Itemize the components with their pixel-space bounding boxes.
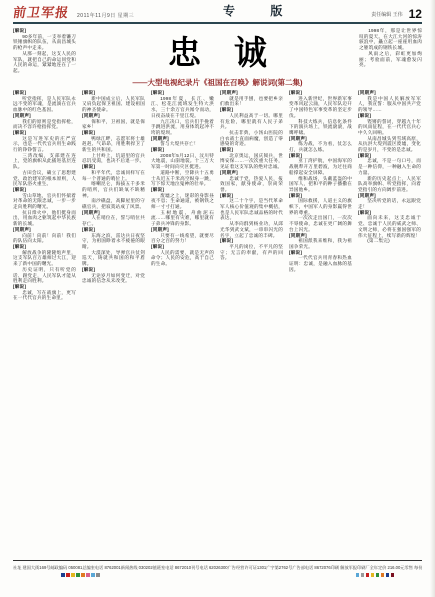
color-dot	[381, 573, 385, 577]
top-row: [解说]90多年前，一支举着镰刀铁锤旗帜的队伍，从南昌城头的枪声中走来。从那一刻…	[13, 28, 422, 90]
color-dot	[61, 573, 65, 577]
article-subtitle: ——大型电视纪录片《祖国在召唤》解说词(第二集)	[82, 77, 353, 88]
scan-edge-shading	[430, 0, 435, 597]
color-dot	[91, 573, 95, 577]
header-right: 责任编辑 王伟 12	[371, 8, 422, 20]
script-paragraph: 维和战场，头戴蓝盔的中国军人，把和平的种子播撒在异国他乡。	[289, 176, 352, 193]
script-paragraph: 1998年夏，长江、嫩江、松花江流域发生特大洪水，三十余万官兵闻令而动，日夜奋战…	[151, 96, 214, 119]
publisher-info-segment: 邮政编码 050081	[50, 565, 82, 571]
publisher-info-segment: 广告经营许可证1301广字第2762号	[228, 565, 293, 571]
columns-row: [解说]听党指挥，是人民军队永远不变的军魂，是流淌在官兵血脉中的红色基因。[同期…	[13, 90, 422, 555]
script-paragraph: 忠诚，写在战旗上，更写在一代代官兵的生命里。	[13, 290, 76, 301]
column-1: [解说]听党指挥，是人民军队永远不变的军魂，是流淌在官兵血脉中的红色基因。[同期…	[13, 90, 76, 555]
color-dot	[86, 573, 90, 577]
script-paragraph: 解放战争的隆隆炮声里，这支军队百万雄师过大江，迎来了新中国的曙光。	[13, 250, 76, 267]
script-paragraph: 九江决口，官兵们手挽着手跳进洪流，用身体筑起冲不垮的堤坝。	[151, 119, 214, 136]
script-paragraph: 亚丁湾护航，中国海军的战舰犁开万里碧波，为过往商船撑起安全屏障。	[289, 158, 352, 175]
script-paragraph: 古田会议，确立了思想建党、政治建军的根本原则，人民军队浴火重生。	[13, 170, 76, 187]
script-paragraph: 从南昌城头到雪域高原，从抗洪大堤到震区废墟，变化的是岁月，不变的是忠诚。	[358, 136, 421, 153]
script-paragraph: 忠诚于党，热爱人民，报效国家，献身使命，崇尚荣誉。	[220, 176, 283, 193]
section-title: 专 版	[207, 2, 298, 20]
color-dot	[376, 573, 380, 577]
color-registration-marks	[13, 573, 422, 577]
script-paragraph: 新的历史起点上，人民军队高举旗帜、听党指挥，向着党指引的方向阔步前进。	[358, 176, 421, 193]
script-paragraph: 就是用手刨，也要把乡亲们救出来！	[220, 96, 283, 107]
publisher-info-segment: 总编室电话 8762001	[82, 565, 120, 571]
color-dot	[96, 573, 100, 577]
header-left: 前卫军报 2011年11月9日 星期三	[13, 7, 134, 20]
script-paragraph: 2008年5月12日，汶川特大地震，山崩地裂。十三万大军第一时间向灾区挺进。	[151, 153, 214, 170]
color-dot	[371, 573, 375, 577]
script-paragraph: 进入新世纪，世界新军事变革风起云涌，人民军队迈开了中国特色军事变革的坚定步伐。	[289, 96, 352, 119]
publisher-info-segment: 新闻热线 030202	[121, 565, 153, 571]
page-header: 前卫军报 2011年11月9日 星期三 专 版 责任编辑 王伟 12	[13, 4, 422, 24]
script-paragraph: 祖国派我来维和，我为祖国争荣光。	[289, 238, 352, 249]
script-paragraph: 一代代官兵用青春和热血证明：忠诚，是融入血脉的基因。	[289, 255, 352, 272]
editor-credit: 责任编辑 王伟	[371, 11, 402, 20]
title-block: 忠 诚 ——大型电视纪录片《祖国在召唤》解说词(第二集)	[82, 28, 353, 90]
script-paragraph: 历史证明，只有听党的话、跟党走，人民军队才能从胜利走向胜利。	[13, 267, 76, 284]
script-paragraph: (第二集完)	[358, 238, 421, 244]
publisher-info: 社址 建国大街169号邮政编码 050081总编室电话 8762001新闻热线 …	[13, 565, 422, 571]
color-dot	[391, 573, 395, 577]
publisher-info-segment: 广告部电话 8672076	[292, 565, 330, 571]
script-paragraph: 1998年，那是让世界惊叹的夏天。在大江大河的惊涛骇浪中，矗立起一座座用血肉之躯…	[359, 28, 422, 51]
newspaper-page: 前卫军报 2011年11月9日 星期三 专 版 责任编辑 王伟 12 [解说]9…	[0, 0, 435, 597]
script-paragraph: 人民的需要，就是无声的命令；人民的安危，高于自己的生命。	[151, 250, 214, 267]
column-6-top: 1998年，那是让世界惊叹的夏天。在大江大河的惊涛骇浪中，矗立起一座座用血肉之躯…	[359, 28, 422, 90]
color-dot	[361, 573, 365, 577]
script-paragraph: 新中国成立后，人民军队又肩负起保卫祖国、建设祖国的神圣使命。	[82, 96, 145, 113]
color-dot	[76, 573, 80, 577]
color-dot	[366, 573, 370, 577]
script-paragraph: 大漠深处，导弹官兵仗剑巡天，铸就共和国的和平盾牌。	[82, 250, 145, 267]
publisher-info-segment: 印刷 解放军报印刷厂	[331, 565, 370, 571]
color-dot	[71, 573, 75, 577]
script-paragraph: 我们的原则是党指挥枪，而决不容许枪指挥党。	[13, 119, 76, 130]
script-paragraph: 东海之滨，雷达兵日夜坚守，为祖国睁着永不疲倦的眼睛。	[82, 233, 145, 250]
script-paragraph: 从那一刻起，这支人民的军队，就把自己的命运同党和人民的命运，紧紧地连在了一起。	[13, 51, 76, 74]
script-paragraph: 人民利益高于一切。哪里有危险，哪里就有人民子弟兵。	[220, 113, 283, 130]
script-paragraph: 只要有一线希望，就要尽百分之百的努力！	[151, 233, 214, 244]
article-body: [解说]90多年前，一支举着镰刀铁锤旗帜的队伍，从南昌城头的枪声中走来。从那一刻…	[13, 28, 422, 555]
script-paragraph: 忠诚，不是一句口号，而是一种信仰，一种融入生命的力量。	[358, 158, 421, 175]
masthead-logo: 前卫军报	[12, 7, 70, 20]
script-paragraph: 鸭绿江畔，志愿军将士雄赳赳、气昂昂，用胜利捍卫了新生的共和国。	[82, 136, 145, 153]
script-paragraph: 风雨之后，彩虹更加绚丽；考验面前，军魂愈发闪亮。	[359, 51, 422, 68]
script-paragraph: 道路中断，空降兵十五勇士从近五千米高空纵身一跳，写下惊天地泣鬼神的壮举。	[151, 170, 214, 187]
color-bar-right	[356, 573, 395, 577]
page-footer: 社址 建国大街169号邮政编码 050081总编室电话 8762001新闻热线 …	[13, 560, 422, 577]
script-paragraph: 这二十个字，是当代革命军人核心价值观的集中概括，也是人民军队忠诚品格的时代表达。	[220, 198, 283, 221]
script-paragraph: 保和平，卫祖国，就是保家乡！	[82, 119, 145, 130]
script-paragraph: 抗日烽火中，他们挺身而出，用血肉之躯筑起中华民族新的长城。	[13, 210, 76, 227]
script-paragraph: 从李向群到杨业功，从邱光华到武文斌，一串串闪光的名字，立起了忠诚的丰碑。	[220, 221, 283, 238]
script-paragraph: 国际救援，人道主义的旗帜下，中国军人的身影赢得世界的尊重。	[289, 198, 352, 215]
script-paragraph: 我是中国人民解放军军人，我宣誓：服从中国共产党的领导……	[358, 96, 421, 113]
script-paragraph: 南沙礁盘，高脚屋里的守礁官兵，把寂寞站成了风景。	[82, 198, 145, 209]
footer-rule	[13, 560, 422, 561]
script-paragraph: 玉树地震、舟曲泥石流……哪里有灾难，哪里就有子弟兵冲锋的身影。	[151, 210, 214, 227]
publisher-info-segment: 值班室电话 8672010	[153, 565, 191, 571]
issue-date: 2011年11月9日 星期三	[77, 12, 134, 20]
script-paragraph: 面向未来，这支忠诚于党、忠诚于人民的威武之师、文明之师，必将在强国强军的伟大征程…	[358, 215, 421, 238]
script-paragraph: 铿锵的誓词，穿越九十年的风雨征程，在一代代官兵心中久久回响。	[358, 119, 421, 136]
script-paragraph: 90多年前，一支举着镰刀铁锤旗帜的队伍，从南昌城头的枪声中走来。	[13, 34, 76, 51]
publisher-info-segment: 零售 每份0.80元	[405, 565, 423, 571]
column-1-top: [解说]90多年前，一支举着镰刀铁锤旗帜的队伍，从南昌城头的枪声中走来。从那一刻…	[13, 28, 76, 90]
script-paragraph: 一次次走出国门，一次次不辱使命，忠诚在更广阔的舞台上闪光。	[289, 215, 352, 232]
script-paragraph: 上甘岭上，坑道里的官兵忍饥受渴，也决不后退一步。	[82, 153, 145, 164]
color-bar-left	[61, 573, 100, 577]
script-paragraph: 无论岁月如何变迁，对党忠诚的信念从未改变。	[82, 273, 145, 284]
column-3: [解说]1998年夏，长江、嫩江、松花江流域发生特大洪水，三十余万官兵闻令而动，…	[151, 90, 214, 555]
publisher-info-segment: 社址 建国大街169号	[13, 565, 50, 571]
script-paragraph: 废墟之上，迷彩的身影昼夜不息；生命通道，被钢铁之师一寸寸打通。	[151, 193, 214, 210]
color-dot	[66, 573, 70, 577]
script-paragraph: 和平年代，忠诚同样写在每一个普通的哨位上。	[82, 170, 145, 181]
column-2: [解说]新中国成立后，人民军队又肩负起保卫祖国、建设祖国的神圣使命。[同期声]保…	[82, 90, 145, 555]
script-paragraph: 喀喇昆仑，海拔五千多米的哨所，官兵们缺氧不缺精神。	[82, 181, 145, 198]
script-paragraph: 三湾改编，支部建在连上，党的旗帜从此插进基层连队。	[13, 153, 76, 170]
script-paragraph: 北京奥运，国庆阅兵，世博安保……一次次重大任务，见证着这支军队的绝对忠诚。	[220, 153, 283, 170]
publisher-info-segment: 全年定价 216.00元	[370, 565, 405, 571]
script-paragraph: 听党指挥，是人民军队永远不变的军魂，是流淌在官兵血脉中的红色基因。	[13, 96, 76, 113]
script-paragraph: 这是写进军史的庄严宣示，也是一代代官兵用生命践行的铮铮誓言。	[13, 136, 76, 153]
color-dot	[81, 573, 85, 577]
script-paragraph: 坚决听党的话，永远跟党走！	[358, 198, 421, 209]
page-number: 12	[409, 8, 422, 20]
script-paragraph: 科技大练兵，信息化条件下的演兵场上，铁流滚滚，战鹰呼啸。	[289, 119, 352, 136]
article-title: 忠 诚	[82, 36, 353, 70]
script-paragraph: 练为战，不为看，仗怎么打，兵就怎么练。	[289, 141, 352, 152]
script-paragraph: 雪山草地，官兵们怀揣着对革命的无限忠诚，一步一步走向胜利的曙光。	[13, 193, 76, 210]
script-paragraph: 人在哨位在，誓与哨位共存亡。	[82, 215, 145, 226]
script-paragraph: 向前！向前！向前！我们的队伍向太阳。	[13, 233, 76, 244]
script-paragraph: 平凡的岗位，不平凡的坚守；无言的奉献，有声的回答。	[220, 244, 283, 261]
color-dot	[386, 573, 390, 577]
column-6: [同期声]我是中国人民解放军军人，我宣誓：服从中国共产党的领导……[解说]铿锵的…	[358, 90, 421, 555]
column-4: [同期声]就是用手刨，也要把乡亲们救出来！[解说]人民利益高于一切。哪里有危险，…	[220, 90, 283, 555]
publisher-info-segment: 刊号电话 62026300	[191, 565, 228, 571]
script-paragraph: 抗击非典，小汤山医院的白衣战士直面病魔，创造了零感染的奇迹。	[220, 130, 283, 147]
color-dot	[356, 573, 360, 577]
column-5: [解说]进入新世纪，世界新军事变革风起云涌，人民军队迈开了中国特色军事变革的坚定…	[289, 90, 352, 555]
